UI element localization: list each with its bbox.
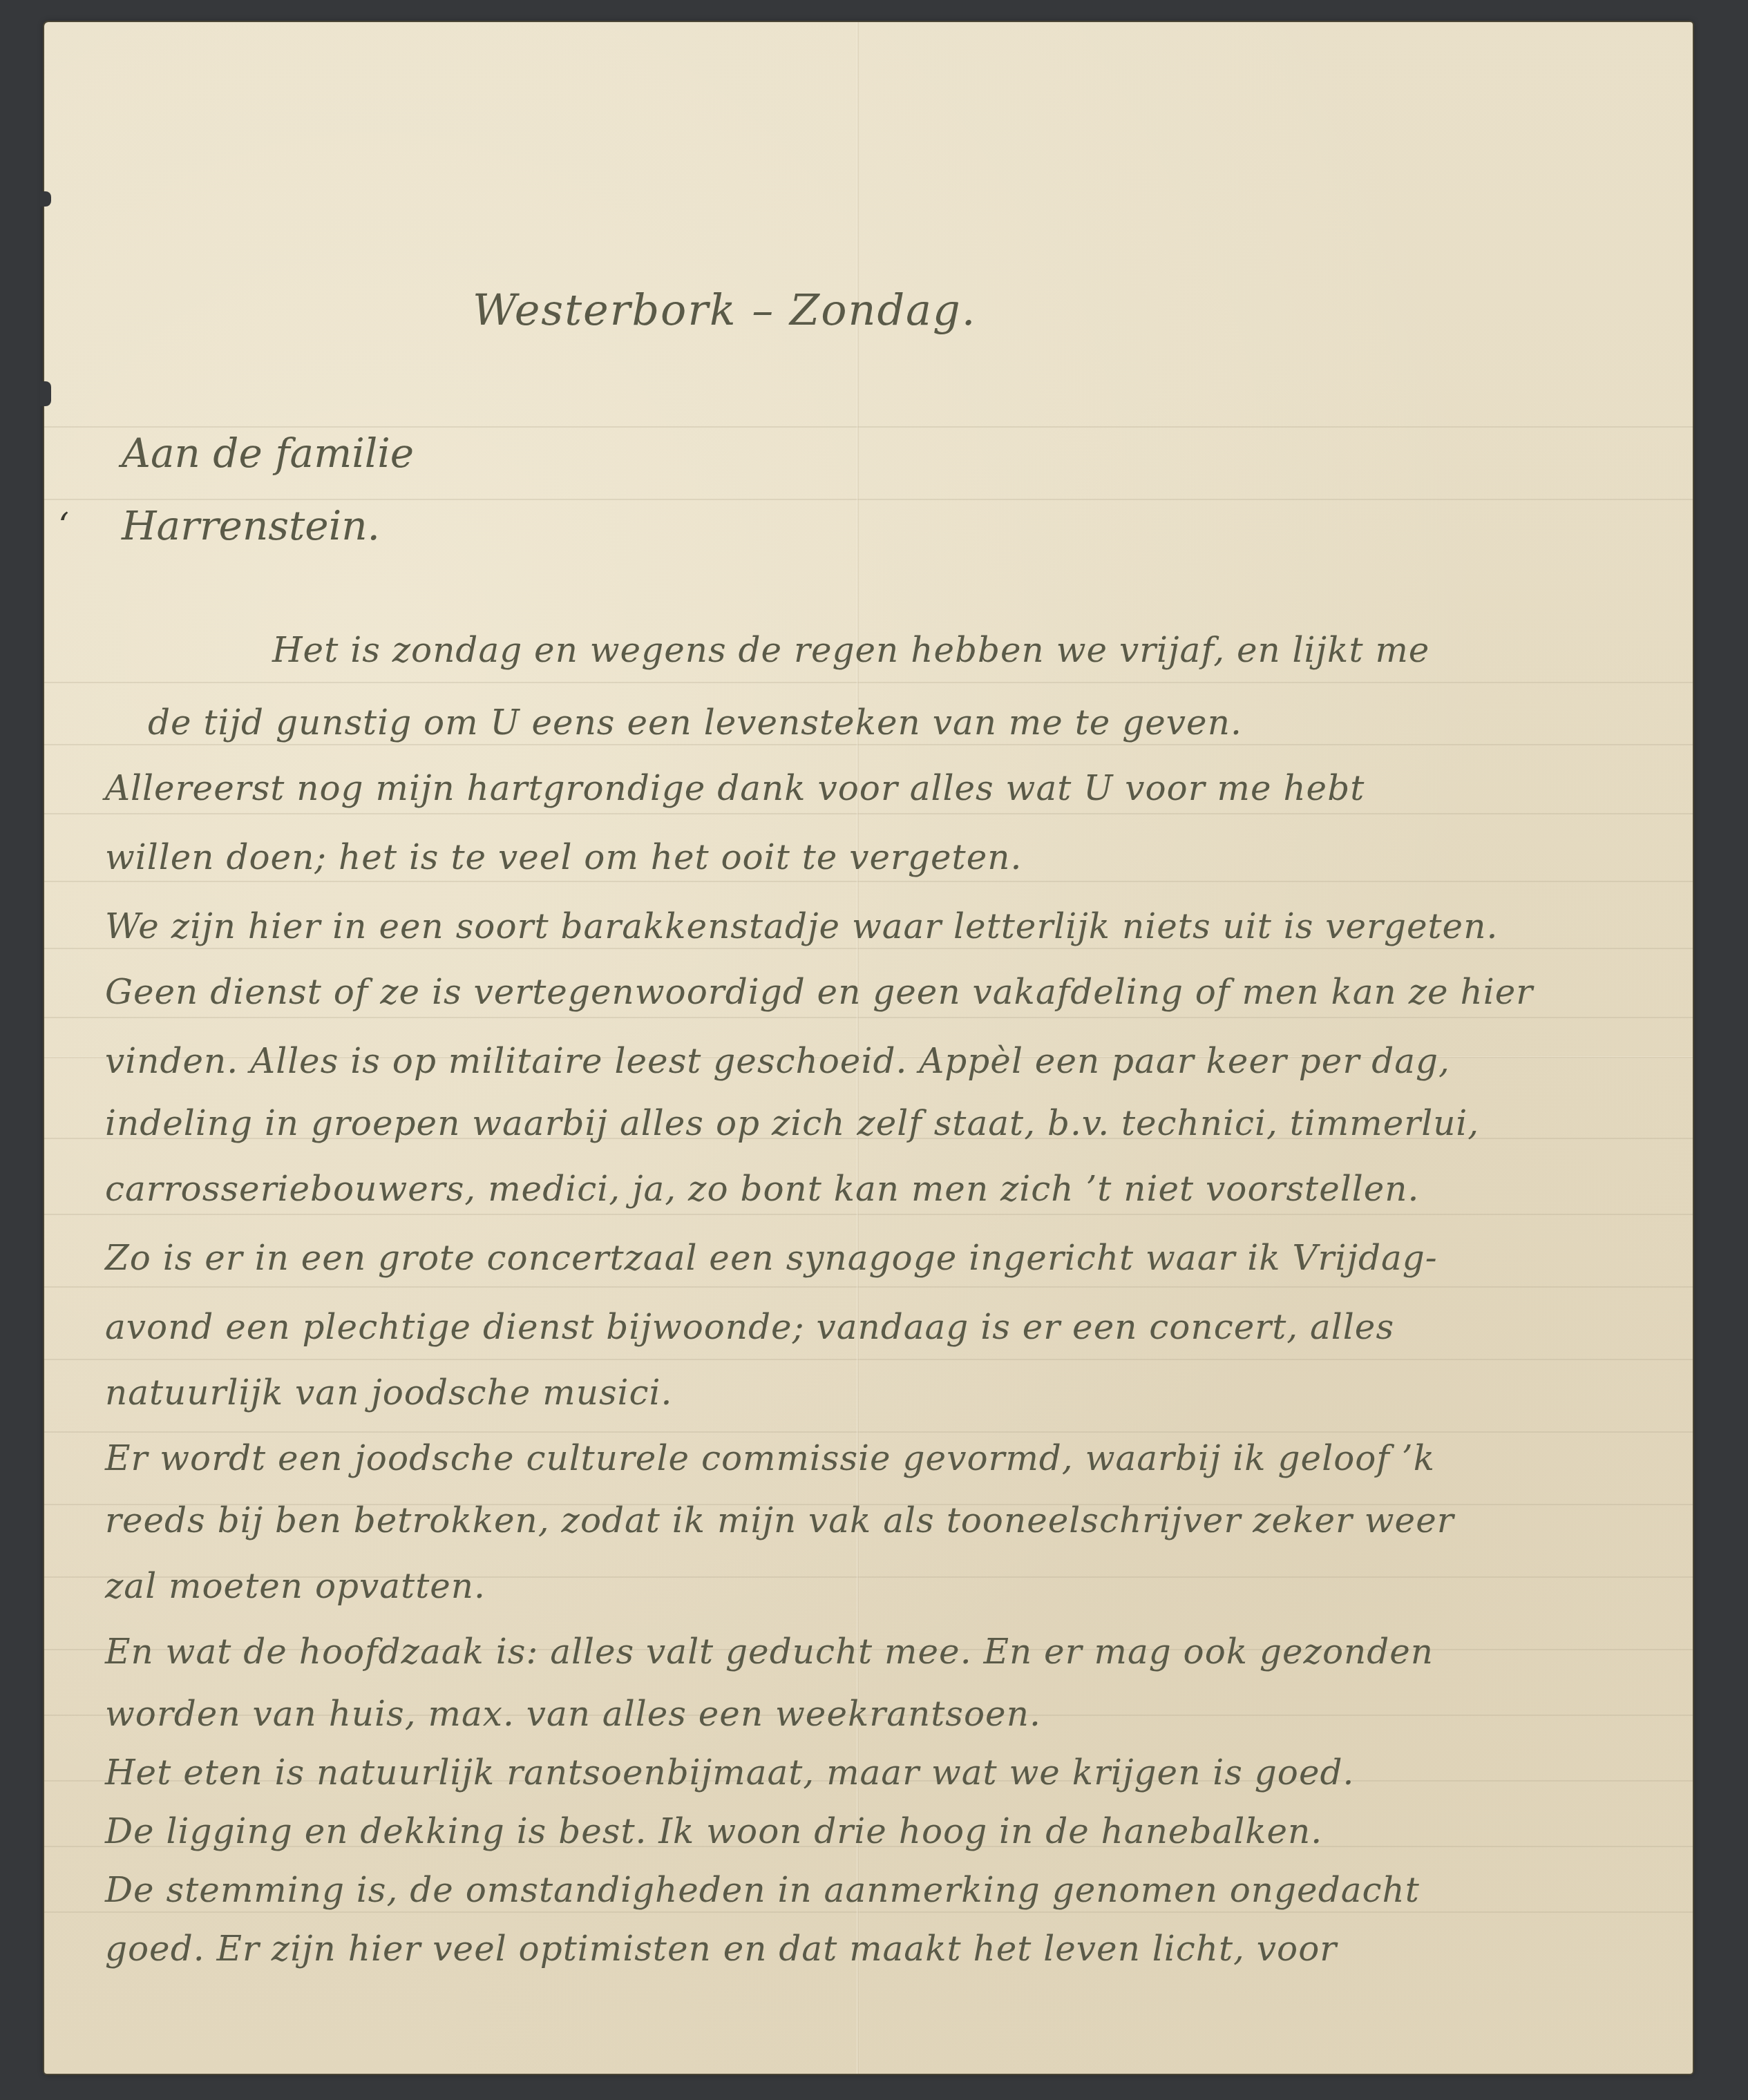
body-line: De ligging en dekking is best. Ik woon d… [105, 1811, 1322, 1851]
letter-heading: Westerbork – Zondag. [473, 285, 976, 335]
body-line: reeds bij ben betrokken, zodat ik mijn v… [105, 1500, 1454, 1540]
body-line: goed. Er zijn hier veel optimisten en da… [105, 1929, 1337, 1969]
body-line: de tijd gunstig om U eens een levensteke… [148, 703, 1242, 743]
body-line: Het eten is natuurlijk rantsoenbijmaat, … [105, 1753, 1354, 1793]
body-line: We zijn hier in een soort barakkenstadje… [105, 906, 1498, 946]
body-line: natuurlijk van joodsche musici. [105, 1373, 672, 1413]
body-line: En wat de hoofdzaak is: alles valt geduc… [105, 1632, 1434, 1672]
body-line: Het is zondag en wegens de regen hebben … [272, 630, 1429, 670]
body-line: Allereerst nog mijn hartgrondige dank vo… [105, 768, 1365, 808]
salutation-line-1: Aan de familie [122, 430, 414, 477]
letter-content: ‘ Westerbork – Zondag. Aan de familie Ha… [44, 22, 1693, 2074]
body-line: worden van huis, max. van alles een week… [105, 1694, 1041, 1734]
body-line: vinden. Alles is op militaire leest gesc… [105, 1041, 1450, 1081]
salutation-line-2: Harrenstein. [122, 502, 380, 549]
body-line: carrosseriebouwers, medici, ja, zo bont … [105, 1169, 1419, 1209]
body-line: avond een plechtige dienst bijwoonde; va… [105, 1307, 1394, 1347]
body-line: Zo is er in een grote concertzaal een sy… [105, 1238, 1438, 1278]
body-line: De stemming is, de omstandigheden in aan… [105, 1870, 1420, 1910]
body-line: Er wordt een joodsche culturele commissi… [105, 1438, 1435, 1478]
body-line: Geen dienst of ze is vertegenwoordigd en… [105, 972, 1533, 1012]
body-line: zal moeten opvatten. [105, 1566, 486, 1606]
margin-mark: ‘ [58, 506, 69, 546]
body-line: indeling in groepen waarbij alles op zic… [105, 1103, 1479, 1143]
letter-page: ‘ Westerbork – Zondag. Aan de familie Ha… [44, 22, 1693, 2074]
body-line: willen doen; het is te veel om het ooit … [105, 837, 1022, 877]
